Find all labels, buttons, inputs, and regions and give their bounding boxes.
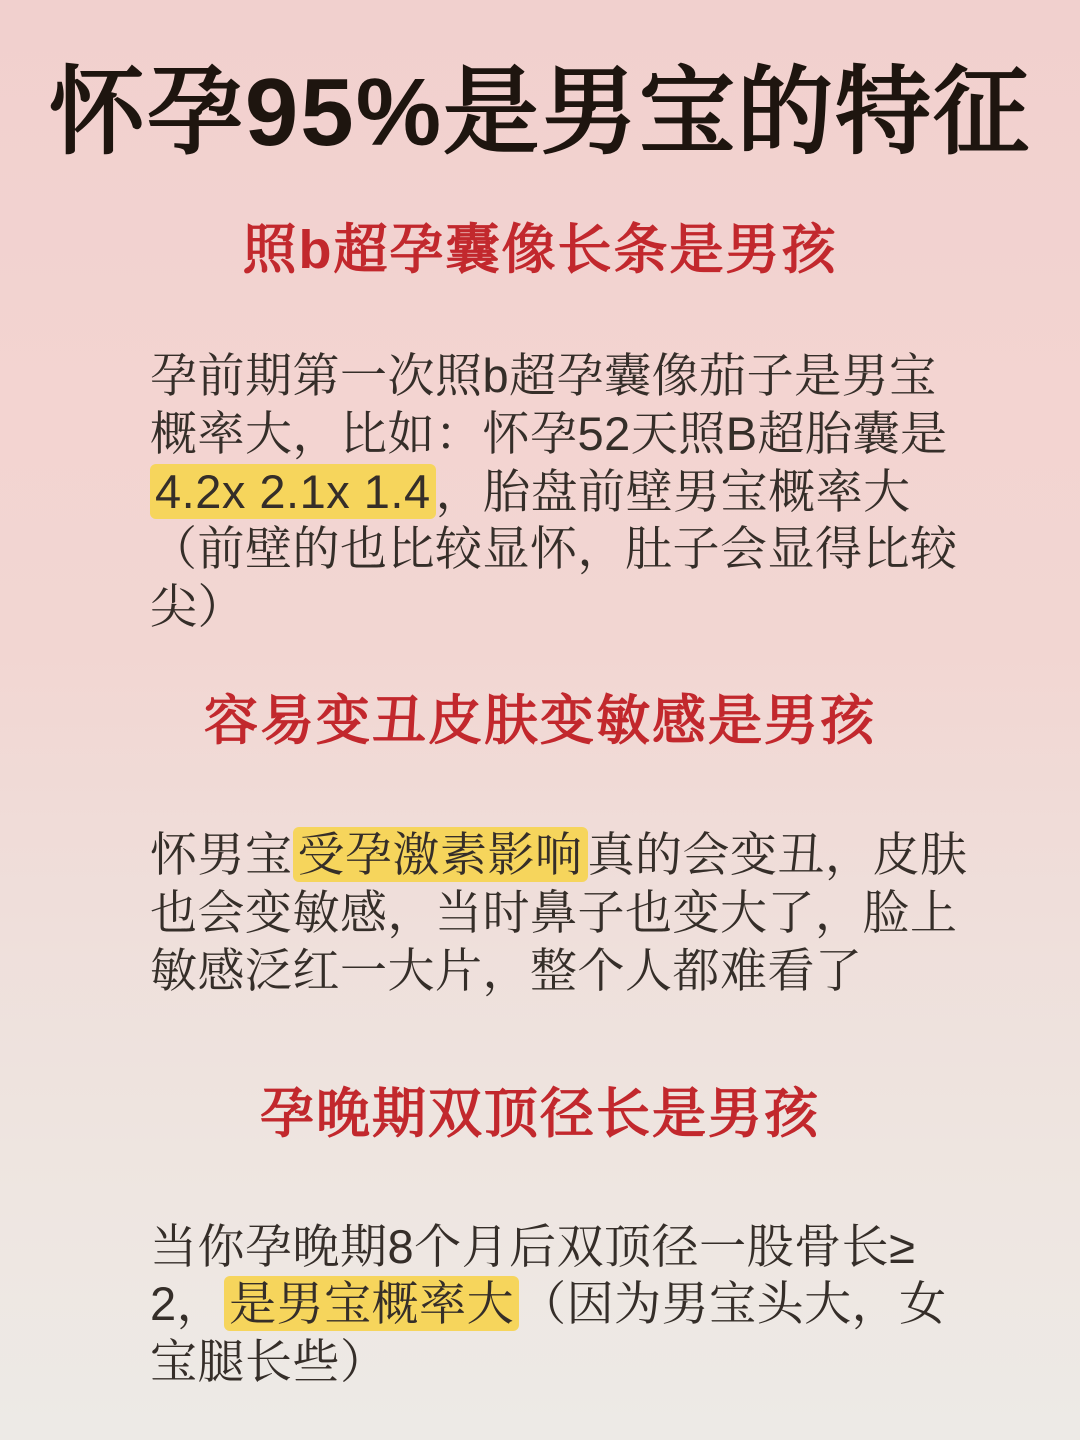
poster-title: 怀孕95%是男宝的特征 xyxy=(0,0,1080,175)
section-paragraph-skin-change: 怀男宝受孕激素影响真的会变丑，皮肤也会变敏感，当时鼻子也变大了，脸上敏感泛红一大… xyxy=(150,826,970,999)
section-skin-change: 容易变丑皮肤变敏感是男孩 怀男宝受孕激素影响真的会变丑，皮肤也会变敏感，当时鼻子… xyxy=(0,690,1080,999)
body-text: 孕前期第一次照b超孕囊像茄子是男宝概率大，比如：怀孕52天照B超胎囊是 xyxy=(150,349,948,460)
section-paragraph-biparietal: 当你孕晚期8个月后双顶径一股骨长≥2，是男宝概率大（因为男宝头大，女宝腿长些） xyxy=(150,1218,970,1391)
section-heading-bchao-sac: 照b超孕囊像长条是男孩 xyxy=(0,219,1080,281)
highlighted-text: 是男宝概率大 xyxy=(224,1276,519,1331)
section-biparietal: 孕晚期双顶径长是男孩 当你孕晚期8个月后双顶径一股骨长≥2，是男宝概率大（因为男… xyxy=(0,1083,1080,1390)
highlighted-text: 4.2x 2.1x 1.4 xyxy=(150,464,436,519)
highlighted-text: 受孕激素影响 xyxy=(293,827,588,882)
section-heading-skin-change: 容易变丑皮肤变敏感是男孩 xyxy=(0,690,1080,752)
section-bchao-sac: 照b超孕囊像长条是男孩 孕前期第一次照b超孕囊像茄子是男宝概率大，比如：怀孕52… xyxy=(0,219,1080,636)
section-paragraph-bchao-sac: 孕前期第一次照b超孕囊像茄子是男宝概率大，比如：怀孕52天照B超胎囊是4.2x … xyxy=(150,347,970,636)
body-text: 怀男宝 xyxy=(150,828,293,881)
poster-canvas: 怀孕95%是男宝的特征 照b超孕囊像长条是男孩 孕前期第一次照b超孕囊像茄子是男… xyxy=(0,0,1080,1440)
section-heading-biparietal: 孕晚期双顶径长是男孩 xyxy=(0,1083,1080,1145)
